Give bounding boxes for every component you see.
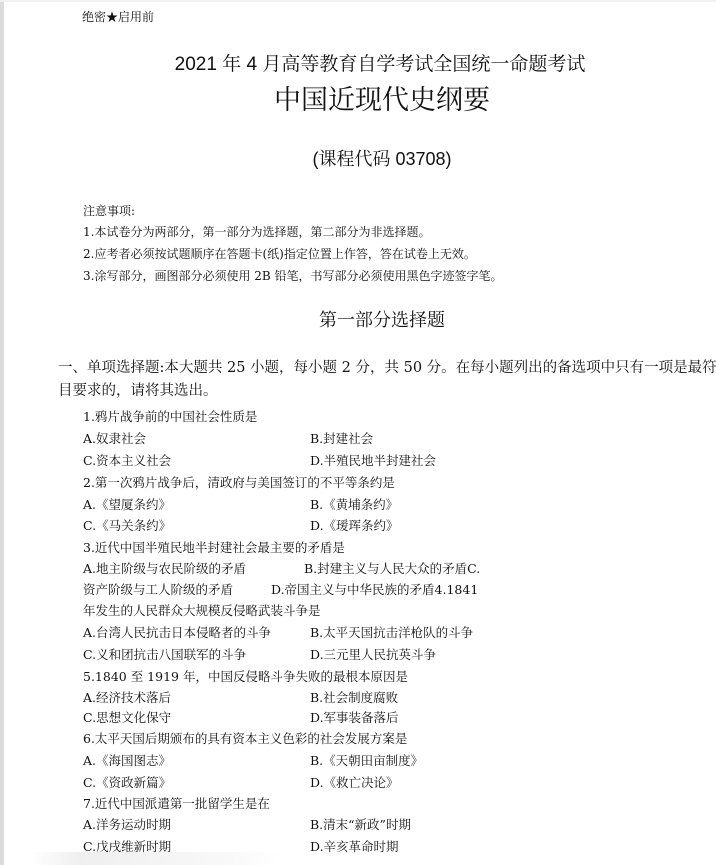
- option-a: A.台湾人民抗击日本侵略者的斗争: [83, 627, 271, 640]
- question-stem: 1.鸦片战争前的中国社会性质是: [83, 411, 257, 424]
- question-stem: 6.太平天国后期颁布的具有资本主义色彩的社会发展方案是: [83, 733, 407, 746]
- question-stem: 3.近代中国半殖民地半封建社会最主要的矛盾是: [83, 542, 345, 555]
- option-b: B.封建主义与人民大众的矛盾C.: [304, 563, 480, 576]
- section-intro: 目要求的，请将其选出。: [58, 384, 218, 399]
- option-a: A.《望厦条约》: [83, 499, 171, 512]
- part-title: 第一部分选择题: [0, 312, 716, 330]
- question-stem: 2.第一次鸦片战争后，清政府与美国签订的不平等条约是: [83, 477, 395, 490]
- notice-item: 3.涂写部分，画图部分必须使用 2B 铅笔，书写部分必须使用黑色字迹签字笔。: [83, 270, 503, 282]
- option-b: B.社会制度腐败: [310, 692, 398, 705]
- option-d: D.《瑷珲条约》: [310, 520, 399, 533]
- notice-title: 注意事项:: [83, 205, 135, 217]
- option-a: A.奴隶社会: [83, 433, 146, 446]
- option-b: B.封建社会: [310, 433, 373, 446]
- course-code: (课程代码 03708): [0, 150, 716, 168]
- option-b: B.太平天国抗击洋枪队的斗争: [310, 627, 473, 640]
- option-c: C.《马关条约》: [83, 520, 171, 533]
- option-b: B.《天朝田亩制度》: [310, 755, 423, 768]
- scan-smudge: [30, 852, 280, 865]
- option-d: D.三元里人民抗英斗争: [310, 649, 436, 662]
- option-a: A.地主阶级与农民阶级的矛盾: [83, 563, 246, 576]
- option-c: 资产阶级与工人阶级的矛盾: [83, 584, 233, 597]
- option-d: D.帝国主义与中华民族的矛盾4.1841: [271, 584, 478, 597]
- option-b: B.清末“新政”时期: [310, 819, 411, 832]
- option-c: C.资本主义社会: [83, 455, 171, 468]
- option-a: A.《海国图志》: [83, 755, 171, 768]
- secret-label: 绝密★启用前: [82, 11, 154, 23]
- subject-title: 中国近现代史纲要: [0, 87, 716, 114]
- page-left-edge: [0, 0, 4, 865]
- question-stem: 5.1840 至 1919 年，中国反侵略斗争失败的最根本原因是: [83, 671, 408, 684]
- option-d: D.辛亥革命时期: [310, 841, 399, 854]
- option-d: D.半殖民地半封建社会: [310, 455, 436, 468]
- page-top-edge: [0, 0, 716, 2]
- option-a: A.洋务运动时期: [83, 819, 171, 832]
- notice-item: 2.应考者必须按试题顺序在答题卡(纸)指定位置上作答，答在试卷上无效。: [83, 248, 476, 260]
- option-c: C.《资政新篇》: [83, 777, 171, 790]
- notice-item: 1.本试卷分为两部分，第一部分为选择题，第二部分为非选择题。: [83, 226, 430, 238]
- exam-title: 2021 年 4 月高等教育自学考试全国统一命题考试: [0, 55, 716, 74]
- option-d: D.《救亡决论》: [310, 777, 399, 790]
- section-intro: 一、单项选择题:本大题共 25 小题，每小题 2 分，共 50 分。在每小题列出…: [58, 361, 716, 376]
- option-c: C.思想文化保守: [83, 712, 171, 725]
- question-stem: 7.近代中国派遣第一批留学生是在: [83, 798, 270, 811]
- option-c: C.义和团抗击八国联军的斗争: [83, 649, 246, 662]
- option-a: A.经济技术落后: [83, 692, 171, 705]
- question-stem: 年发生的人民群众大规模反侵略武装斗争是: [83, 605, 321, 618]
- option-d: D.军事装备落后: [310, 712, 399, 725]
- option-b: B.《黄埔条约》: [310, 499, 398, 512]
